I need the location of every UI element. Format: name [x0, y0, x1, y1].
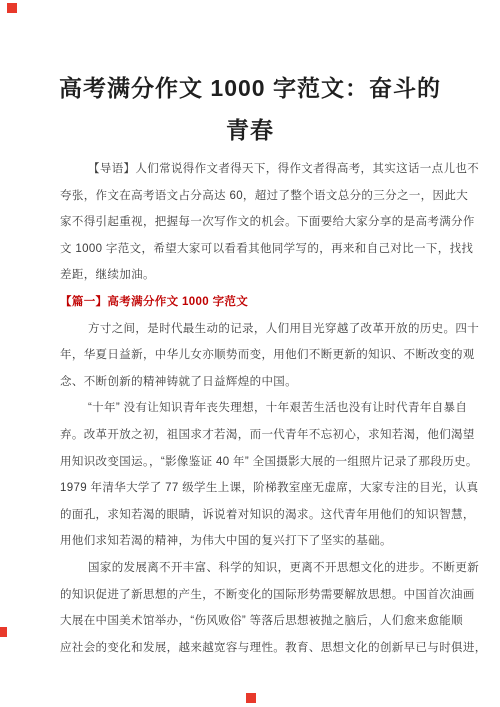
text-line: 用知识改变国运。，“影像鉴证 40 年” 全国摄影大展的一组照片记录了那段历史。 — [60, 449, 443, 476]
text-line: 家不得引起重视，把握每一次写作文的机会。下面要给大家分享的是高考满分作 — [60, 209, 443, 236]
essay-paragraph-3: 国家的发展离不开丰富、科学的知识，更离不开思想文化的进步。不断更新的知识促进了新… — [60, 555, 443, 661]
text-line: 夸张，作文在高考语文占分高达 60，超过了整个语文总分的三分之一，因此大 — [60, 183, 443, 210]
red-marker-icon — [0, 627, 7, 637]
section-header: 【篇一】高考满分作文 1000 字范文 — [60, 289, 443, 316]
text-line: “十年” 没有让知识青年丧失理想，十年艰苦生活也没有让时代青年自暴自 — [60, 395, 443, 422]
text-line: 用他们求知若渴的精神，为伟大中国的复兴打下了坚实的基础。 — [60, 528, 443, 555]
text-line: 的面孔，求知若渴的眼睛，诉说着对知识的渴求。这代青年用他们的知识智慧， — [60, 502, 443, 529]
document-page: 高考满分作文 1000 字范文：奋斗的青春 【导语】人们常说得作文者得天下，得作… — [0, 0, 500, 707]
text-line: 的知识促进了新思想的产生，不断变化的国际形势需要解放思想。中国首次油画 — [60, 582, 443, 609]
text-line: 【导语】人们常说得作文者得天下，得作文者得高考，其实这话一点儿也不 — [60, 156, 443, 183]
page-title: 高考满分作文 1000 字范文：奋斗的青春 — [30, 67, 470, 151]
text-line: 念、不断创新的精神铸就了日益辉煌的中国。 — [60, 369, 443, 396]
red-marker-icon — [7, 3, 17, 13]
text-line: 弃。改革开放之初，祖国求才若渴，而一代青年不忘初心，求知若渴，他们渴望 — [60, 422, 443, 449]
essay-paragraph-1: 方寸之间，是时代最生动的记录，人们用目光穿越了改革开放的历史。四十年，华夏日益新… — [60, 316, 443, 396]
text-line: 1979 年清华大学了 77 级学生上课，阶梯教室座无虚席，大家专注的目光，认真 — [60, 475, 443, 502]
text-line: 大展在中国美术馆举办，“伤风败俗” 等落后思想被抛之脑后，人们愈来愈能顺 — [60, 608, 443, 635]
document-body: 【导语】人们常说得作文者得天下，得作文者得高考，其实这话一点儿也不夸张，作文在高… — [60, 156, 443, 661]
text-line: 国家的发展离不开丰富、科学的知识，更离不开思想文化的进步。不断更新 — [60, 555, 443, 582]
text-line: 年，华夏日益新，中华儿女亦顺势而变，用他们不断更新的知识、不断改变的观 — [60, 342, 443, 369]
text-line: 应社会的变化和发展，越来越宽容与理性。教育、思想文化的创新早已与时俱进， — [60, 635, 443, 662]
title-line: 高考满分作文 1000 字范文：奋斗的 — [30, 67, 470, 109]
title-line: 青春 — [30, 109, 470, 151]
red-marker-icon — [246, 693, 256, 703]
text-line: 差距，继续加油。 — [60, 262, 443, 289]
intro-paragraph: 【导语】人们常说得作文者得天下，得作文者得高考，其实这话一点儿也不夸张，作文在高… — [60, 156, 443, 289]
text-line: 文 1000 字范文，希望大家可以看看其他同学写的，再来和自己对比一下，找找 — [60, 236, 443, 263]
essay-paragraph-2: “十年” 没有让知识青年丧失理想，十年艰苦生活也没有让时代青年自暴自弃。改革开放… — [60, 395, 443, 555]
text-line: 方寸之间，是时代最生动的记录，人们用目光穿越了改革开放的历史。四十 — [60, 316, 443, 343]
